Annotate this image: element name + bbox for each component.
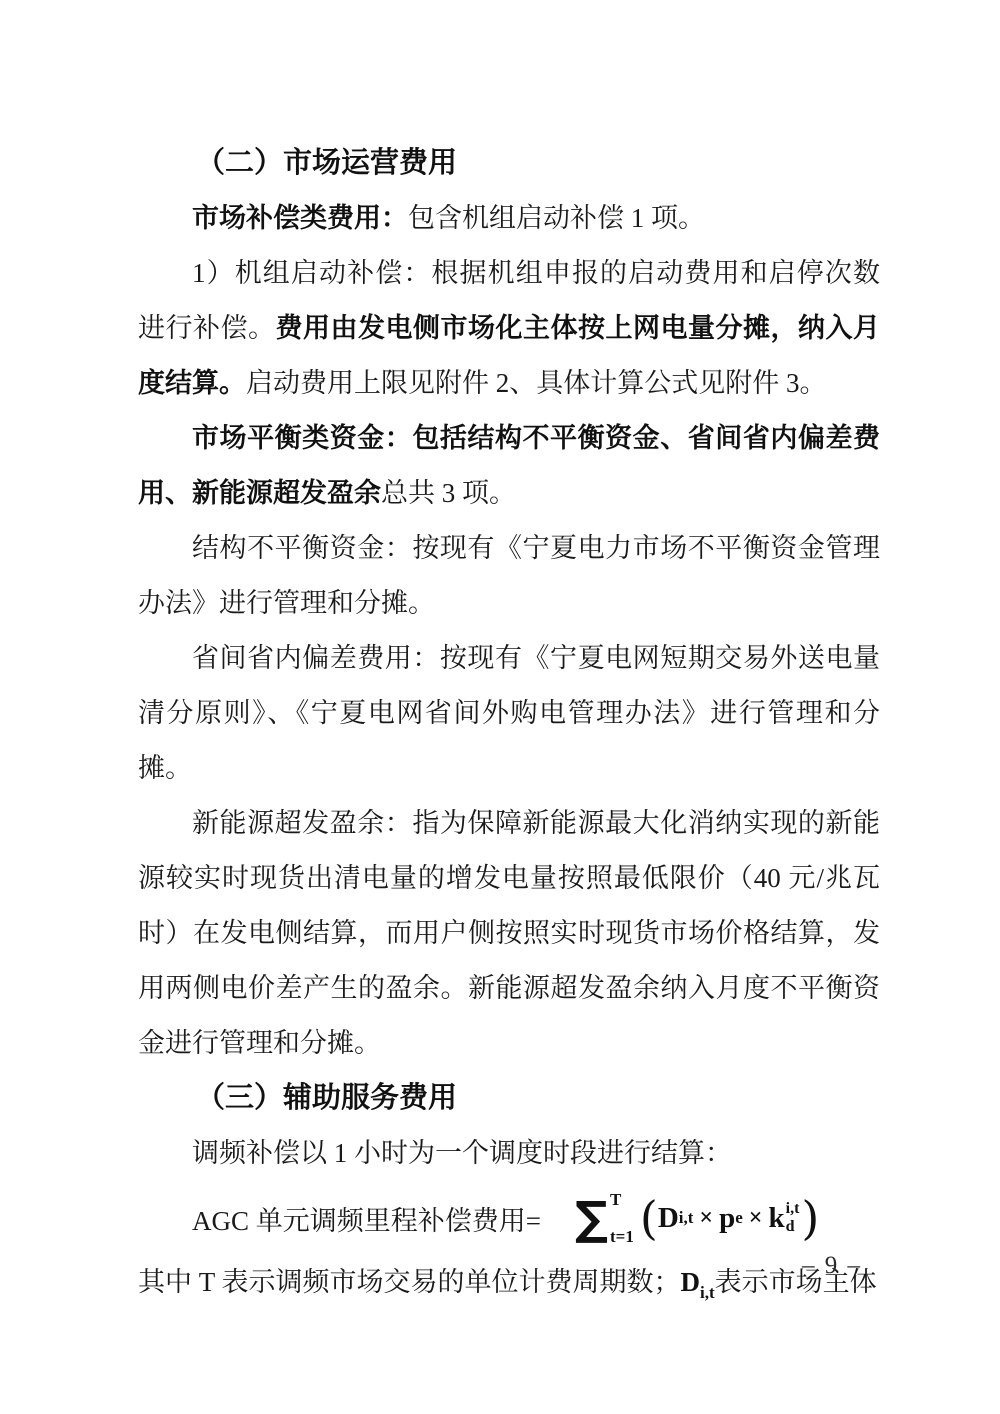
body-paragraph: 结构不平衡资金：按现有《宁夏电力市场不平衡资金管理办法》进行管理和分摊。 <box>138 521 880 631</box>
variable-d-subscript: i,t <box>679 1208 694 1228</box>
variable-d: D <box>658 1202 679 1235</box>
variable-k-subscript: d <box>786 1218 795 1236</box>
variable-d-subscript: i,t <box>700 1283 715 1302</box>
text-run: 包含机组启动补偿 1 项。 <box>408 203 705 233</box>
left-paren: ( <box>640 1195 658 1241</box>
formula-paragraph: AGC 单元调频里程补偿费用= ∑ T t=1 ( Di,t × pe × ki… <box>138 1181 880 1255</box>
section-heading-text: （三）辅助服务费用 <box>196 1082 457 1114</box>
summation-upper-limit: T <box>610 1191 634 1208</box>
text-run-bold: 市场补偿类费用： <box>192 203 408 233</box>
body-paragraph: 省间省内偏差费用：按现有《宁夏电网短期交易外送电量清分原则》、《宁夏电网省间外购… <box>138 631 880 796</box>
body-paragraph-continuation: 其中 T 表示调频市场交易的单位计费周期数；Di,t表示市场主体 <box>138 1255 880 1320</box>
text-run: 其中 T 表示调频市场交易的单位计费周期数； <box>138 1267 681 1297</box>
body-paragraph: 1）机组启动补偿：根据机组申报的启动费用和启停次数进行补偿。费用由发电侧市场化主… <box>138 246 880 411</box>
section-heading-text: （二）市场运营费用 <box>196 147 457 179</box>
body-paragraph: 调频补偿以 1 小时为一个调度时段进行结算： <box>138 1126 880 1181</box>
formula-lead-text: AGC 单元调频里程补偿费用= <box>192 1199 541 1238</box>
summation-operator: ∑ T t=1 <box>575 1191 634 1245</box>
section-heading-ancillary-service-fees: （三）辅助服务费用 <box>138 1071 880 1126</box>
body-paragraph: 新能源超发盈余：指为保障新能源最大化消纳实现的新能源较实时现货出清电量的增发电量… <box>138 796 880 1071</box>
text-run: 新能源超发盈余：指为保障新能源最大化消纳实现的新能源较实时现货出清电量的增发电量… <box>138 808 880 1058</box>
variable-p: p <box>719 1202 735 1235</box>
variable-k-scripts: i,td <box>786 1200 800 1237</box>
variable-d: D <box>681 1267 701 1297</box>
variable-k-superscript: i,t <box>786 1200 800 1218</box>
multiplication-sign: × <box>749 1205 763 1232</box>
body-paragraph: 市场平衡类资金：包括结构不平衡资金、省间省内偏差费用、新能源超发盈余总共 3 项… <box>138 411 880 521</box>
summation-formula: ∑ T t=1 ( Di,t × pe × ki,td ) <box>575 1191 819 1245</box>
right-paren: ) <box>801 1195 819 1241</box>
variable-p-subscript: e <box>735 1208 743 1228</box>
multiplication-sign: × <box>699 1205 713 1232</box>
summation-limits: T t=1 <box>610 1191 634 1245</box>
sigma-symbol: ∑ <box>575 1195 608 1241</box>
variable-k: k <box>768 1202 784 1235</box>
document-page: （二）市场运营费用 市场补偿类费用：包含机组启动补偿 1 项。 1）机组启动补偿… <box>0 0 1000 1414</box>
text-run: 启动费用上限见附件 2、具体计算公式见附件 3。 <box>246 368 827 398</box>
document-content: （二）市场运营费用 市场补偿类费用：包含机组启动补偿 1 项。 1）机组启动补偿… <box>138 136 880 1320</box>
text-run: 总共 3 项。 <box>381 478 516 508</box>
page-number: – 9 – <box>802 1252 882 1280</box>
body-paragraph: 市场补偿类费用：包含机组启动补偿 1 项。 <box>138 191 880 246</box>
summation-lower-limit: t=1 <box>610 1228 634 1245</box>
text-run: 省间省内偏差费用：按现有《宁夏电网短期交易外送电量清分原则》、《宁夏电网省间外购… <box>138 643 880 783</box>
section-heading-market-operation-fees: （二）市场运营费用 <box>138 136 880 191</box>
text-run: 调频补偿以 1 小时为一个调度时段进行结算： <box>192 1138 732 1168</box>
text-run: 结构不平衡资金：按现有《宁夏电力市场不平衡资金管理办法》进行管理和分摊。 <box>138 533 880 618</box>
